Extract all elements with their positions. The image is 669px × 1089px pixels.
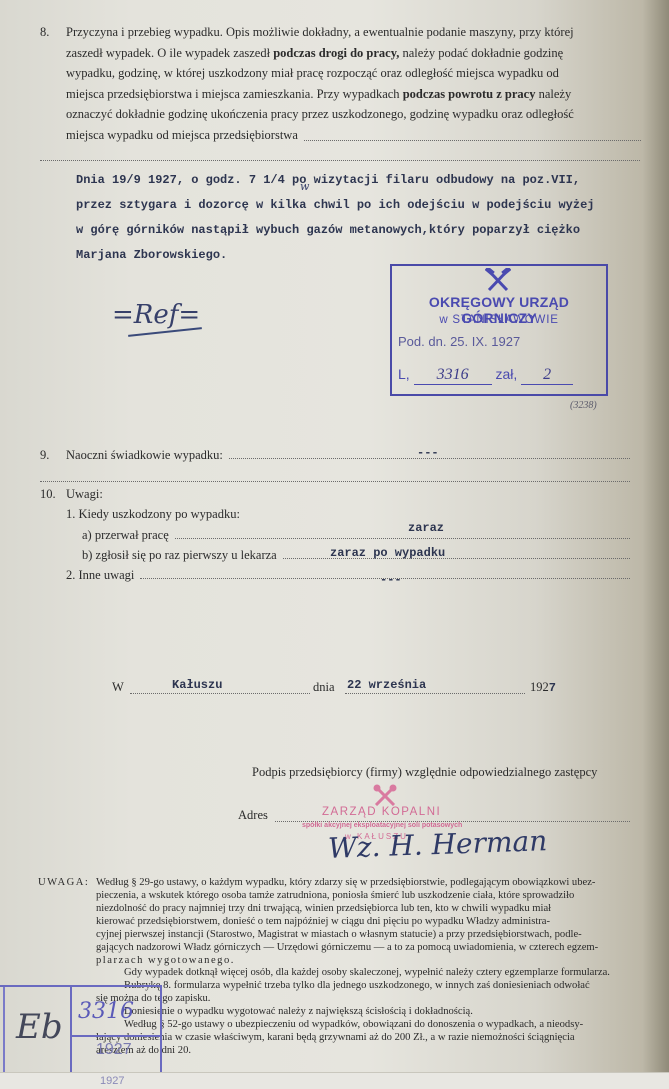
stamp-received-date: Pod. dn. 25. IX. 1927 <box>398 334 520 349</box>
answer-line <box>40 160 640 161</box>
date-line <box>345 693 525 694</box>
company-crossed-hammers-icon <box>372 784 398 806</box>
archive-stamp: Eb 3316 1927 <box>0 985 162 1072</box>
accident-description: Dnia 19/9 1927, o godz. 7 1/4 po wizytac… <box>76 168 594 268</box>
uwaga-paragraph-1: Według § 29-go ustawy, o każdym wypadku,… <box>96 876 636 967</box>
stopped-work-value: zaraz <box>408 521 444 535</box>
section-8-line-5: oznaczyć dokładnie godzinę ukończenia pr… <box>66 104 641 125</box>
answer-line <box>175 538 630 539</box>
section-8-line-4: miejsca przedsiębiorstwa i miejsca zamie… <box>66 84 641 105</box>
date-value: 22 września <box>347 678 426 692</box>
item-1-label: 1. Kiedy uszkodzony po wypadku: <box>66 507 240 522</box>
crossed-hammers-icon <box>485 268 511 292</box>
underlying-page-year: 1927 <box>100 1075 124 1087</box>
uwaga-paragraph-2: Gdy wypadek dotknął więcej osób, dla każ… <box>96 966 636 1057</box>
pencil-note: (3238) <box>570 400 597 411</box>
year-field: 1927 <box>530 680 556 695</box>
place-line <box>130 693 310 694</box>
answer-line <box>304 140 641 141</box>
handwritten-correction: w <box>300 180 309 193</box>
stamp-office-location: w STANISŁAWOWIE <box>392 314 606 326</box>
date-label: dnia <box>313 680 335 695</box>
archive-year: 1927 <box>96 1041 132 1059</box>
section-8-line-1: Przyczyna i przebieg wypadku. Opis możli… <box>66 22 641 43</box>
item-a-stopped-work: a) przerwał pracę <box>82 528 630 543</box>
witnesses-value: --- <box>417 446 439 460</box>
item-2-other-remarks: 2. Inne uwagi <box>66 568 630 583</box>
stamp-reference: L, 3316 zał, 2 <box>398 366 573 385</box>
stamp-reference-number: 3316 <box>414 366 492 385</box>
company-stamp-line-1: ZARZĄD KOPALNI <box>322 806 441 818</box>
underlying-page-edge: 1927 <box>0 1072 669 1089</box>
uwaga-heading: UWAGA: <box>38 876 89 889</box>
archive-initials: Eb <box>16 1007 63 1047</box>
mining-office-stamp: OKRĘGOWY URZĄD GÓRNICZY w STANISŁAWOWIE … <box>390 264 608 396</box>
other-remarks-value: --- <box>380 573 402 587</box>
signature-caption: Podpis przedsiębiorcy (firmy) względnie … <box>252 765 597 780</box>
section-8-instructions: 8. Przyczyna i przebieg wypadku. Opis mo… <box>66 22 641 145</box>
archive-number: 3316 <box>78 999 134 1024</box>
typed-line-2: przez sztygara i dozorcę w kilka chwil p… <box>76 193 594 218</box>
initials-signature: =Ref= <box>112 300 200 330</box>
stamp-attachment-count: 2 <box>521 366 573 385</box>
section-9-witnesses: 9. Naoczni świadkowie wypadku: <box>40 448 630 463</box>
place-value: Kałuszu <box>172 678 222 692</box>
typed-line-3: w górę górników nastąpił wybuch gazów me… <box>76 218 594 243</box>
section-8-line-6: miejsca wypadku od miejsca przedsiębiors… <box>66 125 641 146</box>
typed-line-1: Dnia 19/9 1927, o godz. 7 1/4 po wizytac… <box>76 168 594 193</box>
handwritten-signature: Wz. H. Herman <box>327 824 547 865</box>
section-8-number: 8. <box>40 22 49 43</box>
doctor-visit-value: zaraz po wypadku <box>330 546 445 560</box>
section-10-remarks: 10.Uwagi: <box>40 487 103 502</box>
place-label: W <box>112 680 124 695</box>
uwaga-paragraph-3: Doniesienie o wypadku wygotować należy z… <box>96 1005 636 1018</box>
address-label: Adres <box>238 808 268 823</box>
section-8-line-3: wypadku, godzinę, w której uszkodzony mi… <box>66 63 641 84</box>
section-8-line-2: zaszedł wypadek. O ile wypadek zaszedł p… <box>66 43 641 64</box>
answer-line <box>40 481 630 482</box>
